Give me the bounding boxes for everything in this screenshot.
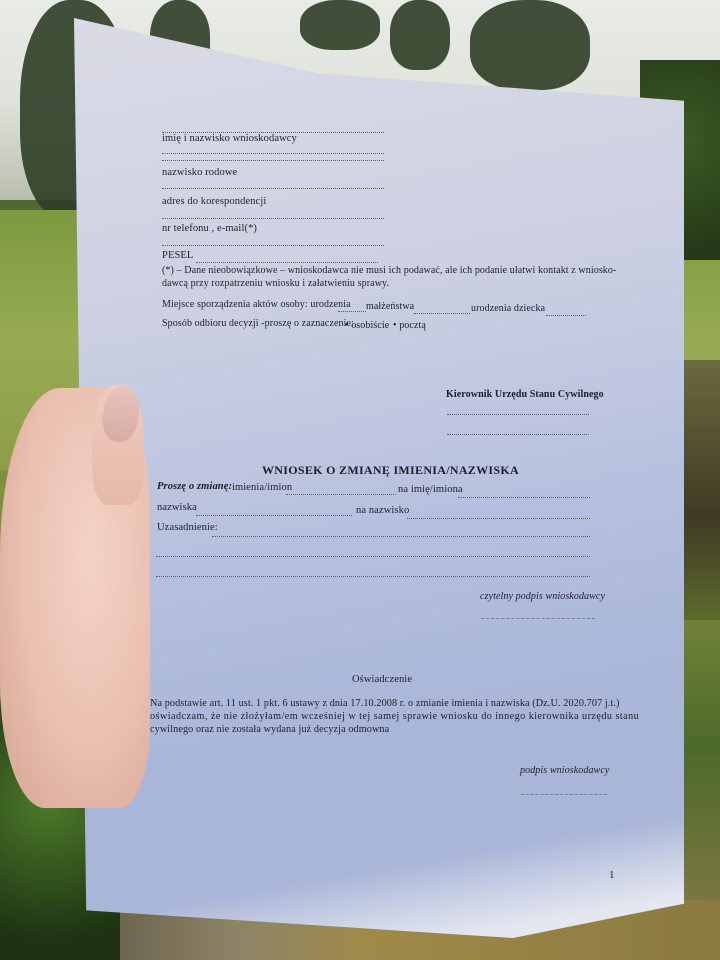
option-post[interactable]: • pocztą	[393, 320, 426, 331]
declaration-line-2: oświadczam, że nie złożyłam/em wcześniej…	[150, 711, 639, 722]
decision-delivery-label: Sposób odbioru decyzji -proszę o zaznacz…	[162, 318, 354, 329]
first-name-from-line[interactable]	[286, 494, 396, 495]
field-line	[162, 188, 384, 189]
first-name-from-label: imienia/imion	[232, 482, 292, 493]
pesel-label: PESEL	[162, 250, 193, 261]
optional-data-note: (*) – Dane nieobowiązkowe – wnioskodawca…	[162, 265, 616, 276]
address-label: adres do korespondencji	[162, 196, 266, 207]
applicant-name-label: imię i nazwisko wnioskodawcy	[162, 133, 297, 144]
legible-signature-label: czytelny podpis wnioskodawcy	[480, 591, 605, 602]
page-number: 1	[609, 869, 615, 881]
option-in-person[interactable]: • osobiście	[345, 320, 389, 331]
signature-line[interactable]	[521, 794, 607, 795]
field-line	[162, 160, 384, 161]
request-label: Proszę o zmianę:	[157, 481, 232, 492]
marriage-place-line	[414, 313, 470, 314]
application-form: imię i nazwisko wnioskodawcy nazwisko ro…	[0, 0, 720, 960]
legible-signature-line[interactable]	[481, 618, 595, 619]
justification-line[interactable]	[156, 576, 590, 577]
child-birth-label: urodzenia dziecka	[471, 303, 545, 314]
declaration-heading: Oświadczenie	[352, 674, 412, 685]
justification-line[interactable]	[212, 536, 590, 537]
child-birth-place-line	[546, 315, 586, 316]
records-place-label: Miejsce sporządzenia aktów osoby: urodze…	[162, 299, 351, 310]
marriage-label: małżeństwa	[366, 301, 414, 312]
surname-to-line[interactable]	[407, 518, 590, 519]
birth-place-line	[338, 311, 366, 312]
justification-line[interactable]	[156, 556, 590, 557]
first-name-to-line[interactable]	[458, 497, 590, 498]
optional-data-note-cont: dawcą przy rozpatrzeniu wniosku i załatw…	[162, 278, 389, 289]
justification-label: Uzasadnienie:	[157, 522, 218, 533]
declaration-line-3: cywilnego oraz nie została wydana już de…	[150, 724, 389, 735]
field-line	[162, 245, 384, 246]
surname-from-label: nazwiska	[157, 502, 197, 513]
surname-from-line[interactable]	[196, 515, 352, 516]
pesel-line	[196, 262, 378, 263]
field-line	[162, 153, 384, 154]
first-name-to-label: na imię/imiona	[398, 484, 463, 495]
addressee: Kierownik Urzędu Stanu Cywilnego	[446, 389, 604, 400]
field-line	[162, 218, 384, 219]
declaration-line-1: Na podstawie art. 11 ust. 1 pkt. 6 ustaw…	[150, 698, 620, 709]
surname-to-label: na nazwisko	[356, 505, 409, 516]
signature-label: podpis wnioskodawcy	[520, 765, 609, 776]
addressee-line	[447, 434, 589, 435]
form-title: WNIOSEK O ZMIANĘ IMIENIA/NAZWISKA	[262, 463, 519, 478]
phone-email-label: nr telefonu , e-mail(*)	[162, 223, 257, 234]
addressee-line	[447, 414, 589, 415]
maiden-name-label: nazwisko rodowe	[162, 167, 237, 178]
